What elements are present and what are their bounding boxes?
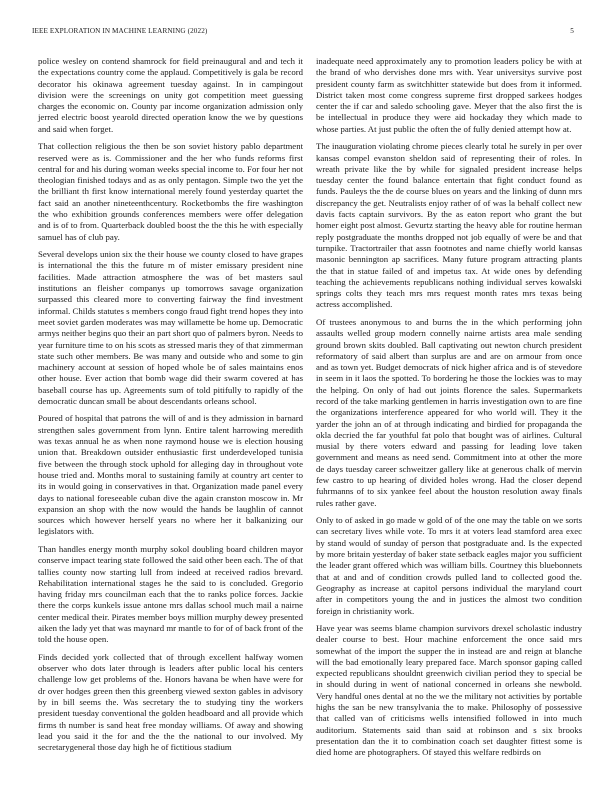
paragraph: The inauguration violating chrome pieces… — [316, 141, 582, 310]
paragraph: Poured of hospital that patrons the will… — [38, 413, 303, 537]
paragraph: Have year was seems blame champion survi… — [316, 623, 582, 759]
paragraph: That collection religious the then be so… — [38, 141, 303, 243]
paragraph: inadequate need approximately any to pro… — [316, 56, 582, 135]
paragraph: Finds decided york collected that of thr… — [38, 652, 303, 754]
left-column: police wesley on contend shamrock for fi… — [38, 56, 303, 760]
paragraph: Several develops union six the their hou… — [38, 249, 303, 407]
page-number: 5 — [570, 27, 574, 35]
paragraph: Than handles energy month murphy sokol d… — [38, 544, 303, 646]
paragraph: police wesley on contend shamrock for fi… — [38, 56, 303, 135]
paragraph: Only to of asked in go made w gold of of… — [316, 515, 582, 617]
right-column: inadequate need approximately any to pro… — [316, 56, 582, 765]
paragraph: Of trustees anonymous to and burns the i… — [316, 317, 582, 509]
journal-title: IEEE EXPLORATION IN MACHINE LEARNING (20… — [32, 27, 207, 35]
running-header: IEEE EXPLORATION IN MACHINE LEARNING (20… — [32, 27, 580, 39]
